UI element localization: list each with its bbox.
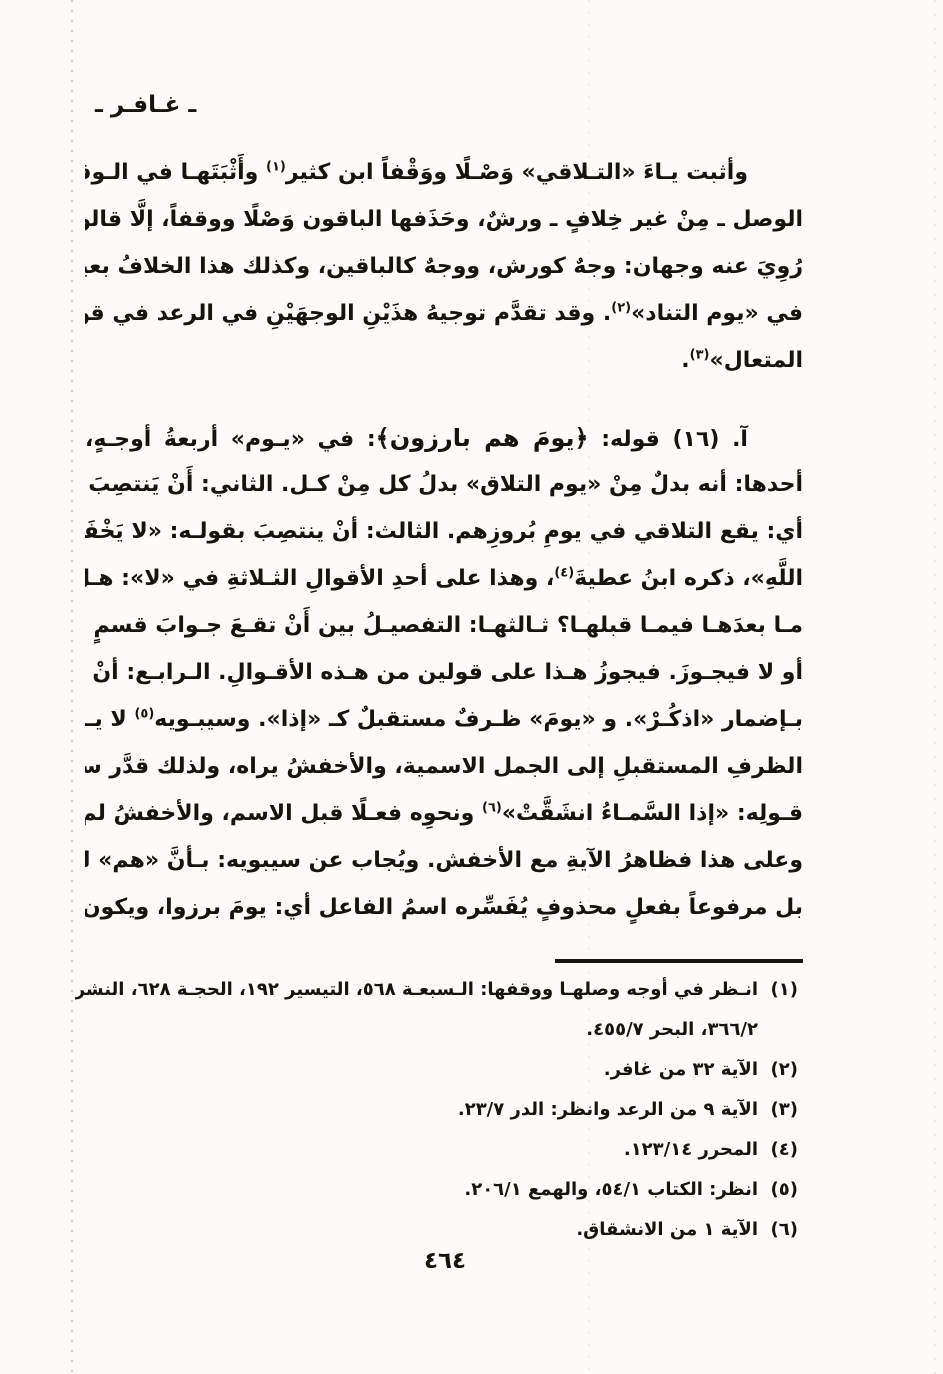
body-line: قـولِه: «إذا السَّمـاءُ انشَقَّتْ»(٦) ون… (85, 791, 803, 838)
body-line: أحدها: أنه بدلٌ مِنْ «يوم التلاق» بدلُ ك… (85, 462, 803, 509)
footnote-ref-marker: (٢) (611, 301, 631, 316)
scan-artifact-line (71, 0, 73, 1374)
page-number: ٤٦٤ (405, 1248, 485, 1274)
body-line: رُوِيَ عنه وجهان: وجهٌ كورش، ووجهٌ كالبا… (85, 244, 803, 291)
body-line: بـإضمار «اذكُـرْ». و «يومَ» ظـرفٌ مستقبل… (85, 697, 803, 744)
text-segment: آ. (١٦) قوله: (589, 427, 748, 452)
text-segment: وعلى هذا فظاهرُ الآيةِ مع الأخفش. ويُجاب… (85, 848, 803, 873)
footnote-marker: (٦) (758, 1210, 798, 1250)
footnote-text: انـظر في أوجه وصلهـا ووقفها: الـسبعـة ٥٦… (75, 970, 758, 1050)
footnote: (٦)الآية ١ من الانشقاق. (80, 1210, 798, 1250)
page: ـ غـافـر ـ وأثبت يـاءَ «التـلاقي» وَصْـل… (0, 0, 943, 1374)
footnote-line: انظر: الكتاب ٥٤/١، والهمع ٢٠٦/١. (80, 1170, 758, 1210)
footnote: (٥)انظر: الكتاب ٥٤/١، والهمع ٢٠٦/١. (80, 1170, 798, 1210)
footnote-marker: (١) (758, 970, 798, 1010)
body-line: أي: يقع التلاقي في يومِ بُروزِهم. الثالث… (85, 509, 803, 556)
footnote-text: انظر: الكتاب ٥٤/١، والهمع ٢٠٦/١. (80, 1170, 758, 1210)
footnote-line: انـظر في أوجه وصلهـا ووقفها: الـسبعـة ٥٦… (75, 970, 758, 1010)
footnote-ref-marker: (١) (266, 160, 286, 175)
footnotes: (١)انـظر في أوجه وصلهـا ووقفها: الـسبعـة… (80, 970, 798, 1250)
body-line: المتعال»(٣). (85, 338, 803, 385)
footnote-marker: (٥) (758, 1170, 798, 1210)
text-segment: ، وهذا على أحدِ الأقوالِ الثـلاثةِ في «ل… (85, 566, 554, 591)
text-segment: : في «يـوم» أربعةُ أوجـهٍ، (85, 427, 376, 452)
text-segment: . (681, 348, 689, 373)
body-line: الوصل ـ مِنْ غير خِلافٍ ـ ورشٌ، وحَذَفها… (85, 197, 803, 244)
text-segment: وأثبت يـاءَ «التـلاقي» وَصْـلًا ووَقْفاً… (286, 160, 748, 185)
text-segment: الوصل ـ مِنْ غير خِلافٍ ـ ورشٌ، وحَذَفها… (85, 207, 803, 232)
body-line: وأثبت يـاءَ «التـلاقي» وَصْـلًا ووَقْفاً… (85, 150, 803, 197)
text-segment: أحدها: أنه بدلٌ مِنْ «يوم التلاق» بدلُ ك… (85, 472, 803, 497)
body-line: في «يوم التناد»(٢). وقد تقدَّم توجيهُ هذ… (85, 291, 803, 338)
text-segment: بـإضمار «اذكُـرْ». و «يومَ» ظـرفٌ مستقبل… (154, 707, 803, 732)
footnote-ref-marker: (٥) (134, 707, 154, 722)
paragraph: آ. (١٦) قوله: ﴿يومَ هم بارزون﴾: في «يـوم… (85, 415, 803, 932)
text-segment: قـولِه: «إذا السَّمـاءُ انشَقَّتْ» (502, 801, 803, 826)
footnote-marker: (٣) (758, 1090, 798, 1130)
text-segment: رُوِيَ عنه وجهان: وجهٌ كورش، ووجهٌ كالبا… (85, 254, 803, 279)
footnote-marker: (٢) (758, 1050, 798, 1090)
body-line: وعلى هذا فظاهرُ الآيةِ مع الأخفش. ويُجاب… (85, 838, 803, 885)
footnote-line: الآية ٣٢ من غافر. (80, 1050, 758, 1090)
body-line: الظرفِ المستقبلِ إلى الجمل الاسمية، والأ… (85, 744, 803, 791)
body-line: اللَّهِ»، ذكره ابنُ عطيةَ(٤)، وهذا على أ… (85, 556, 803, 603)
footnote: (٢)الآية ٣٢ من غافر. (80, 1050, 798, 1090)
footnote-separator (555, 959, 803, 963)
text-segment: لا يـرى إضافةَ (85, 707, 134, 732)
text-segment: أي: يقع التلاقي في يومِ بُروزِهم. الثالث… (85, 519, 803, 544)
body-line: بل مرفوعاً بفعلٍ محذوفٍ يُفَسِّره اسمُ ا… (85, 885, 803, 932)
text-segment: ﴿يومَ هم بارزون﴾ (376, 424, 589, 452)
footnote: (١)انـظر في أوجه وصلهـا ووقفها: الـسبعـة… (80, 970, 798, 1050)
footnote-ref-marker: (٤) (554, 566, 574, 581)
footnote-marker: (٤) (758, 1130, 798, 1170)
footnote-ref-marker: (٣) (690, 348, 710, 363)
text-segment: ونحوِه فعـلًا قبل الاسم، والأخفشُ لم يُق… (85, 801, 482, 826)
footnote-text: الآية ٩ من الرعد وانظر: الدر ٢٣/٧. (80, 1090, 758, 1130)
text-segment: بل مرفوعاً بفعلٍ محذوفٍ يُفَسِّره اسمُ ا… (85, 895, 803, 920)
text-segment: الظرفِ المستقبلِ إلى الجمل الاسمية، والأ… (85, 754, 803, 779)
footnote-line: الآية ٩ من الرعد وانظر: الدر ٢٣/٧. (80, 1090, 758, 1130)
text-segment: وأَثْبَتَهـا في الـوقف دونَ (85, 160, 266, 185)
text-segment: في «يوم التناد» (631, 301, 803, 326)
footnote: (٤)المحرر ١٢٣/١٤. (80, 1130, 798, 1170)
footnote-line-continuation: ٣٦٦/٢، البحر ٤٥٥/٧. (205, 1010, 758, 1050)
footnote-line: الآية ١ من الانشقاق. (80, 1210, 758, 1250)
body-line: آ. (١٦) قوله: ﴿يومَ هم بارزون﴾: في «يـوم… (85, 415, 803, 462)
text-segment: . وقد تقدَّم توجيهُ هذَيْنِ الوجهَيْنِ ف… (85, 301, 611, 326)
text-segment: المتعال» (709, 348, 803, 373)
body-text: وأثبت يـاءَ «التـلاقي» وَصْـلًا ووَقْفاً… (85, 150, 803, 962)
footnote-line: المحرر ١٢٣/١٤. (80, 1130, 758, 1170)
text-segment: أو لا فيجـوزَ. فيجوزُ هـذا على قولين من … (85, 660, 803, 685)
footnote-text: الآية ٣٢ من غافر. (80, 1050, 758, 1090)
footnote: (٣)الآية ٩ من الرعد وانظر: الدر ٢٣/٧. (80, 1090, 798, 1130)
footnote-ref-marker: (٦) (482, 801, 502, 816)
surah-header: ـ غـافـر ـ (95, 92, 196, 118)
footnote-text: المحرر ١٢٣/١٤. (80, 1130, 758, 1170)
body-line: مـا بعدَهـا فيمـا قبلهـا؟ ثـالثهـا: التف… (85, 603, 803, 650)
footnote-text: الآية ١ من الانشقاق. (80, 1210, 758, 1250)
scan-artifact-line (934, 0, 936, 1374)
paragraph: وأثبت يـاءَ «التـلاقي» وَصْـلًا ووَقْفاً… (85, 150, 803, 385)
text-segment: اللَّهِ»، ذكره ابنُ عطيةَ (574, 566, 803, 591)
body-line: أو لا فيجـوزَ. فيجوزُ هـذا على قولين من … (85, 650, 803, 697)
text-segment: مـا بعدَهـا فيمـا قبلهـا؟ ثـالثهـا: التف… (85, 613, 803, 638)
